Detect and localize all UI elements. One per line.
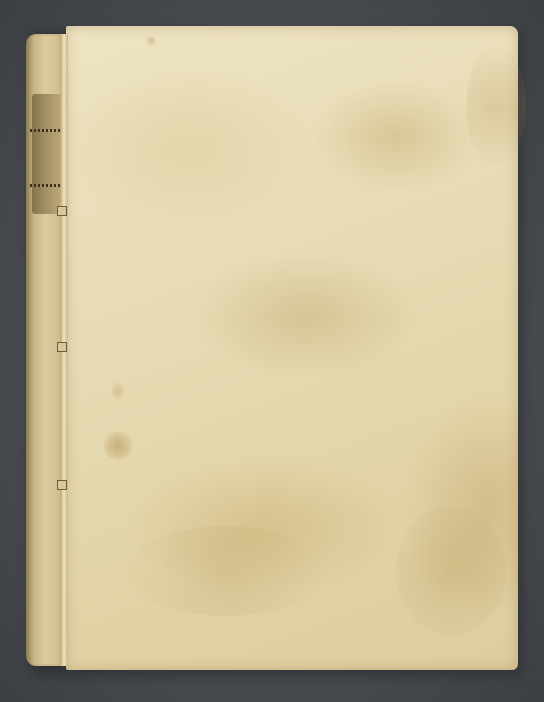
bottom-right-stain (396, 506, 506, 636)
spine-worn-patch (32, 94, 62, 214)
bottom-left-stain (126, 526, 326, 616)
spine-band-bottom (30, 184, 64, 187)
spine-band-top (30, 129, 64, 132)
tie-hole-3 (57, 480, 67, 490)
front-cover (66, 26, 518, 670)
book (26, 26, 518, 670)
tie-hole-2 (57, 342, 67, 352)
tie-hole-1 (57, 206, 67, 216)
top-right-stain (466, 46, 526, 166)
round-stain (104, 432, 132, 460)
small-mark (112, 382, 124, 400)
corner-mark (146, 36, 156, 46)
